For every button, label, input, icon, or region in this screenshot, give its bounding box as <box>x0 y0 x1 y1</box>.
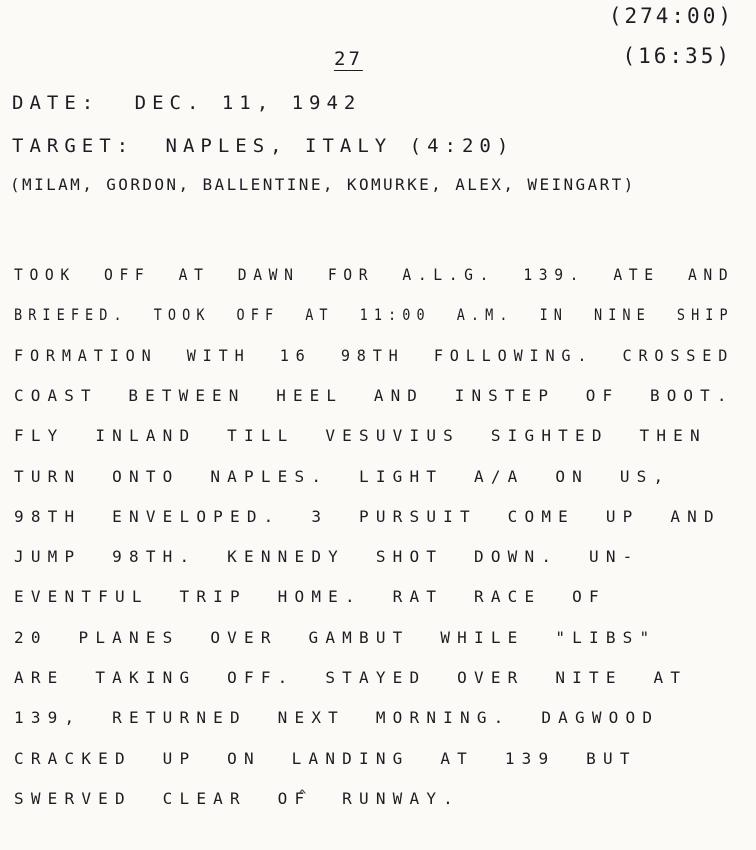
log-page: (274:00) (16:35) 27 Date: Dec. 11, 1942 … <box>0 0 756 850</box>
mission-number: 27 <box>334 48 363 70</box>
narrative-line: formation with 16 98th following. Crosse… <box>14 346 734 365</box>
cumulative-mission-time: (16:35) <box>622 44 732 68</box>
narrative-line: Took off at dawn for A.L.G. 139. Ate and <box>14 265 734 284</box>
narrative-line: are taking off. Stayed over nite at <box>14 668 687 687</box>
date-value: Dec. 11, 1942 <box>135 92 362 114</box>
total-flight-time: (274:00) <box>609 4 734 28</box>
narrative-line: 20 planes over Gambut while "Libs" <box>14 628 656 647</box>
narrative-line: swerved clear of runway. <box>14 789 460 808</box>
narrative-line: jump 98th. Kennedy shot down. Un- <box>14 547 639 566</box>
date-label: Date: <box>12 92 99 114</box>
narrative-line: 139, returned next morning. Dagwood <box>14 708 659 727</box>
narrative-line: turn onto Naples. Light A/A on us, <box>14 467 670 486</box>
target-line: Target: Naples, Italy (4:20) <box>12 135 514 157</box>
narrative-line: Fly inland till Vesuvius sighted then <box>14 426 707 445</box>
narrative-line: coast between heel and instep of boot. <box>14 386 734 405</box>
crew-list: (Milam, Gordon, Ballentine, Komurke, Ale… <box>10 175 636 194</box>
narrative-line: eventful trip home. Rat race of <box>14 587 606 606</box>
narrative-line: cracked up on landing at 139 but <box>14 749 637 768</box>
target-label: Target: <box>12 135 134 157</box>
narrative-line: 98th enveloped. 3 pursuit come up and <box>14 507 721 526</box>
date-line: Date: Dec. 11, 1942 <box>12 92 361 114</box>
narrative-line: briefed. Took off at 11:00 A.M. in nine … <box>14 305 734 324</box>
target-value: Naples, Italy (4:20) <box>166 135 515 157</box>
insertion-caret-mark: ^ <box>298 788 306 804</box>
